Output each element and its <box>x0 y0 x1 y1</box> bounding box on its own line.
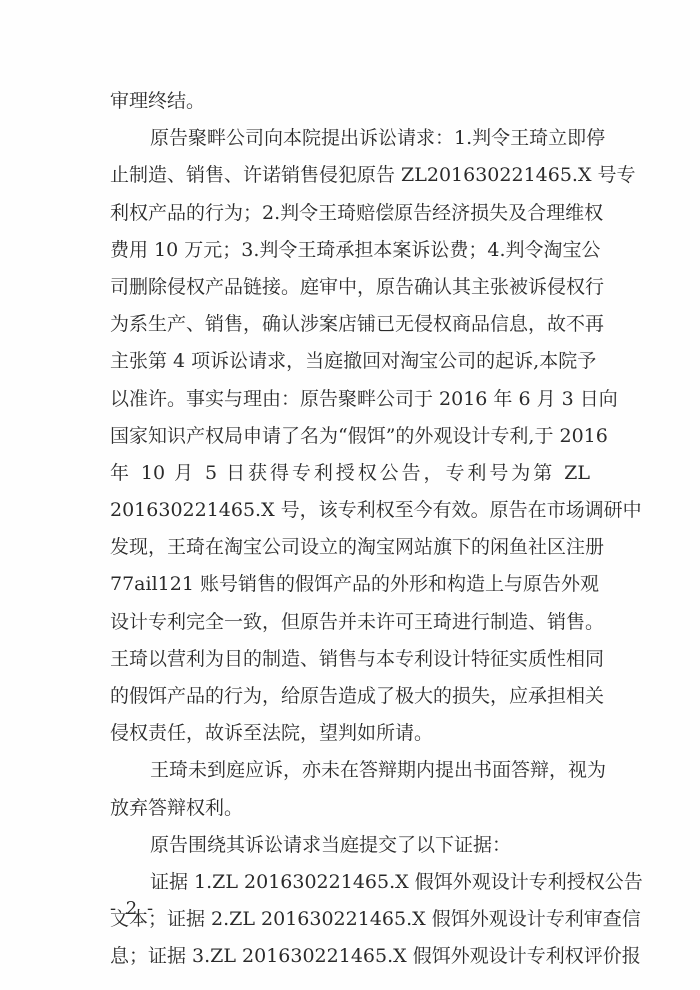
text-line: 文本；证据 2.ZL 201630221465.X 假饵外观设计专利审查信 <box>110 901 590 938</box>
text-line: 国家知识产权局申请了名为“假饵”的外观设计专利,于 2016 <box>110 418 590 455</box>
text-line: 77ail121 账号销售的假饵产品的外形和构造上与原告外观 <box>110 566 590 603</box>
text-line: 放弃答辩权利。 <box>110 790 590 827</box>
text-line: 原告聚畔公司向本院提出诉讼请求：1.判令王琦立即停 <box>110 120 590 157</box>
text-line: 主张第 4 项诉讼请求，当庭撤回对淘宝公司的起诉,本院予 <box>110 343 590 380</box>
text-line: 侵权责任，故诉至法院，望判如所请。 <box>110 715 590 752</box>
text-line: 年 10 月 5 日获得专利授权公告，专利号为第 ZL <box>110 455 590 492</box>
text-line: 审理终结。 <box>110 83 590 120</box>
text-line: 止制造、销售、许诺销售侵犯原告 ZL201630221465.X 号专 <box>110 157 590 194</box>
text-line: 原告围绕其诉讼请求当庭提交了以下证据： <box>110 827 590 864</box>
text-line: 设计专利完全一致，但原告并未许可王琦进行制造、销售。 <box>110 604 590 641</box>
text-line: 王琦以营利为目的制造、销售与本专利设计特征实质性相同 <box>110 641 590 678</box>
text-line: 201630221465.X 号，该专利权至今有效。原告在市场调研中 <box>110 492 590 529</box>
text-line: 证据 1.ZL 201630221465.X 假饵外观设计专利授权公告 <box>110 864 590 901</box>
text-line: 发现，王琦在淘宝公司设立的淘宝网站旗下的闲鱼社区注册 <box>110 529 590 566</box>
page-number: - 2 - <box>110 898 155 919</box>
text-line: 息；证据 3.ZL 201630221465.X 假饵外观设计专利权评价报 <box>110 938 590 975</box>
document-page: 审理终结。 原告聚畔公司向本院提出诉讼请求：1.判令王琦立即停 止制造、销售、许… <box>0 0 700 990</box>
text-line: 为系生产、销售，确认涉案店铺已无侵权商品信息，故不再 <box>110 306 590 343</box>
text-line: 费用 10 万元；3.判令王琦承担本案诉讼费；4.判令淘宝公 <box>110 232 590 269</box>
text-line: 的假饵产品的行为，给原告造成了极大的损失，应承担相关 <box>110 678 590 715</box>
body-text: 审理终结。 原告聚畔公司向本院提出诉讼请求：1.判令王琦立即停 止制造、销售、许… <box>110 83 590 976</box>
text-line: 利权产品的行为；2.判令王琦赔偿原告经济损失及合理维权 <box>110 195 590 232</box>
text-line: 司删除侵权产品链接。庭审中，原告确认其主张被诉侵权行 <box>110 269 590 306</box>
text-line: 以准许。事实与理由：原告聚畔公司于 2016 年 6 月 3 日向 <box>110 381 590 418</box>
text-line: 王琦未到庭应诉，亦未在答辩期内提出书面答辩，视为 <box>110 752 590 789</box>
